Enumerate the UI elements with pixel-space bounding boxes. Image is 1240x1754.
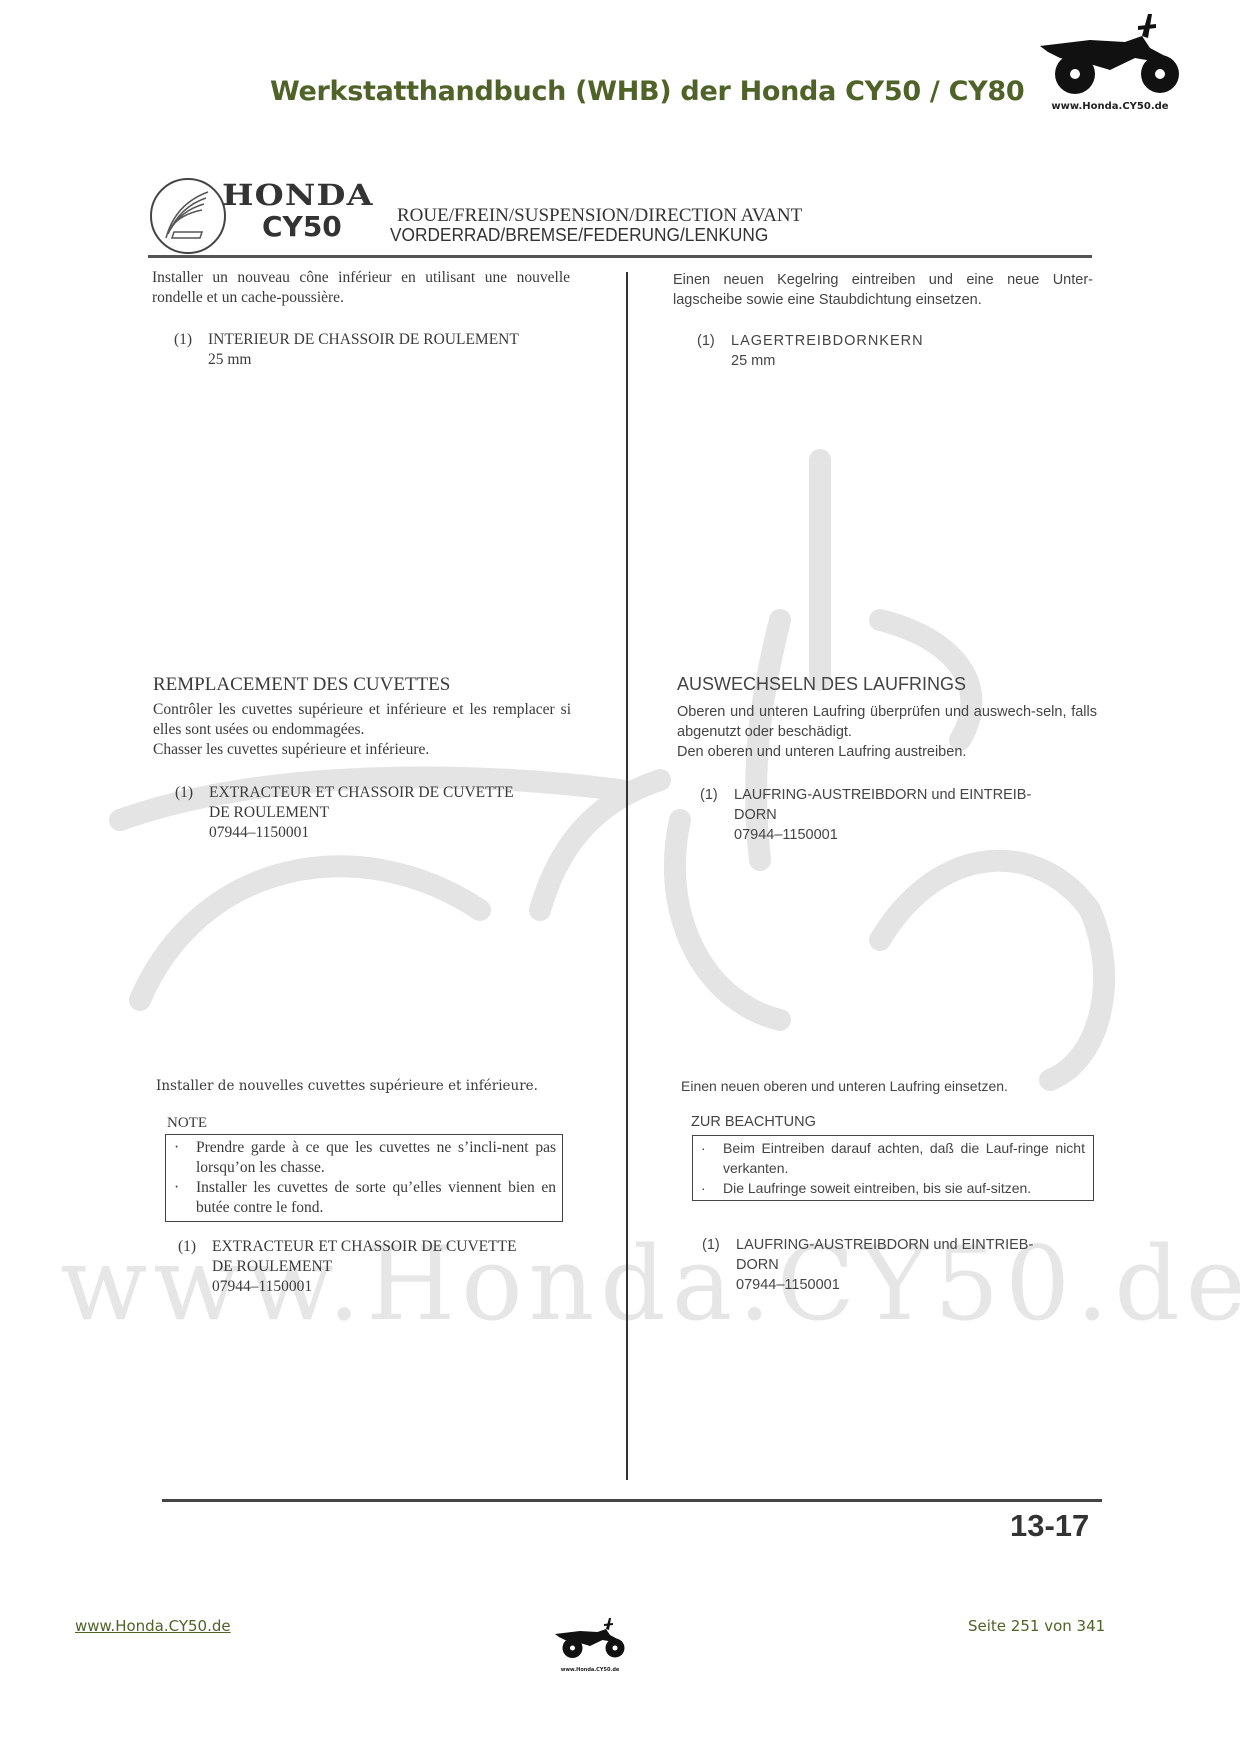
tool-name: LAUFRING-AUSTREIBDORN und EINTREIB- [734,785,1031,805]
logo-url: www.Honda.CY50.de [550,1667,630,1673]
fr-section-title: REMPLACEMENT DES CUVETTES [153,674,450,696]
document-title: Werkstatthandbuch (WHB) der Honda CY50 /… [270,76,1024,107]
header-rule [148,255,1092,258]
website-link[interactable]: www.Honda.CY50.de [75,1617,231,1635]
tool-name: EXTRACTEUR ET CHASSOIR DE CUVETTE [209,783,514,803]
tool-size: 25 mm [731,351,924,371]
de-note-label: ZUR BEACHTUNG [691,1114,816,1130]
note-bullet: ·Die Laufringe soweit eintreiben, bis si… [693,1178,1085,1198]
fr-note-box: ·Prendre garde à ce que les cuvettes ne … [165,1134,563,1222]
column-divider [626,272,628,1480]
tool-size: 25 mm [208,350,519,370]
tool-name-cont: DORN [736,1255,1033,1275]
note-bullet: ·Beim Eintreiben darauf achten, daß die … [693,1138,1085,1178]
section-header-de: VORDERRAD/BREMSE/FEDERUNG/LENKUNG [390,225,768,246]
honda-brand: HONDA [222,178,374,212]
de-section-text-line-2: Den oberen und unteren Laufring austreib… [677,742,1097,762]
motorcycle-logo: www.Honda.CY50.de [1030,6,1190,114]
tool-name: EXTRACTEUR ET CHASSOIR DE CUVETTE [212,1237,517,1257]
footer-motorcycle-logo: www.Honda.CY50.de [550,1612,630,1670]
item-number: (1) [175,783,193,803]
fr-note-label: NOTE [167,1115,207,1132]
tool-name: LAUFRING-AUSTREIBDORN und EINTRIEB- [736,1235,1033,1255]
de-section-title: AUSWECHSELN DES LAUFRINGS [677,674,966,695]
note-bullet: ·Installer les cuvettes de sorte qu’elle… [166,1178,556,1218]
motorcycle-icon [1030,6,1190,98]
section-header-fr: ROUE/FREIN/SUSPENSION/DIRECTION AVANT [397,205,802,227]
fr-section-text-line-1: Contrôler les cuvettes supérieure et inf… [153,700,571,740]
manual-page-number: 13-17 [1010,1508,1089,1544]
tool-name: LAGERTREIBDORNKERN [731,331,924,351]
model-name: CY50 [262,210,342,243]
wing-icon [152,180,224,252]
fr-intro: Installer un nouveau cône inférieur en u… [152,268,570,308]
tool-name-cont: DORN [734,805,1031,825]
honda-wing-emblem [150,178,226,254]
tool-name: INTERIEUR DE CHASSOIR DE ROULEMENT [208,330,519,350]
tool-part-number: 07944–1150001 [736,1275,1033,1295]
item-number: (1) [697,331,715,351]
item-number: (1) [178,1237,196,1257]
de-intro: Einen neuen Kegelring eintreiben und ein… [673,270,1093,310]
fr-section-text-line-2: Chasser les cuvettes supérieure et infér… [153,740,571,760]
tool-name-cont: DE ROULEMENT [209,803,514,823]
de-section-text: Oberen und unteren Laufring überprüfen u… [677,702,1097,762]
item-number: (1) [174,330,192,350]
de-section-text-line-1: Oberen und unteren Laufring überprüfen u… [677,702,1097,742]
de-note-box: ·Beim Eintreiben darauf achten, daß die … [692,1135,1094,1201]
de-install-text: Einen neuen oberen und unteren Laufring … [681,1076,1008,1096]
fr-install-text: Installer de nouvelles cuvettes supérieu… [156,1076,538,1096]
motorcycle-icon [550,1612,630,1662]
tool-part-number: 07944–1150001 [212,1277,517,1297]
fr-section-text: Contrôler les cuvettes supérieure et inf… [153,700,571,760]
item-number: (1) [700,785,718,805]
page-counter: Seite 251 von 341 [968,1617,1105,1635]
tool-part-number: 07944–1150001 [209,823,514,843]
note-bullet: ·Prendre garde à ce que les cuvettes ne … [166,1138,556,1178]
item-number: (1) [702,1235,720,1255]
footer-rule [162,1499,1102,1502]
tool-part-number: 07944–1150001 [734,825,1031,845]
tool-name-cont: DE ROULEMENT [212,1257,517,1277]
logo-url: www.Honda.CY50.de [1030,101,1190,112]
